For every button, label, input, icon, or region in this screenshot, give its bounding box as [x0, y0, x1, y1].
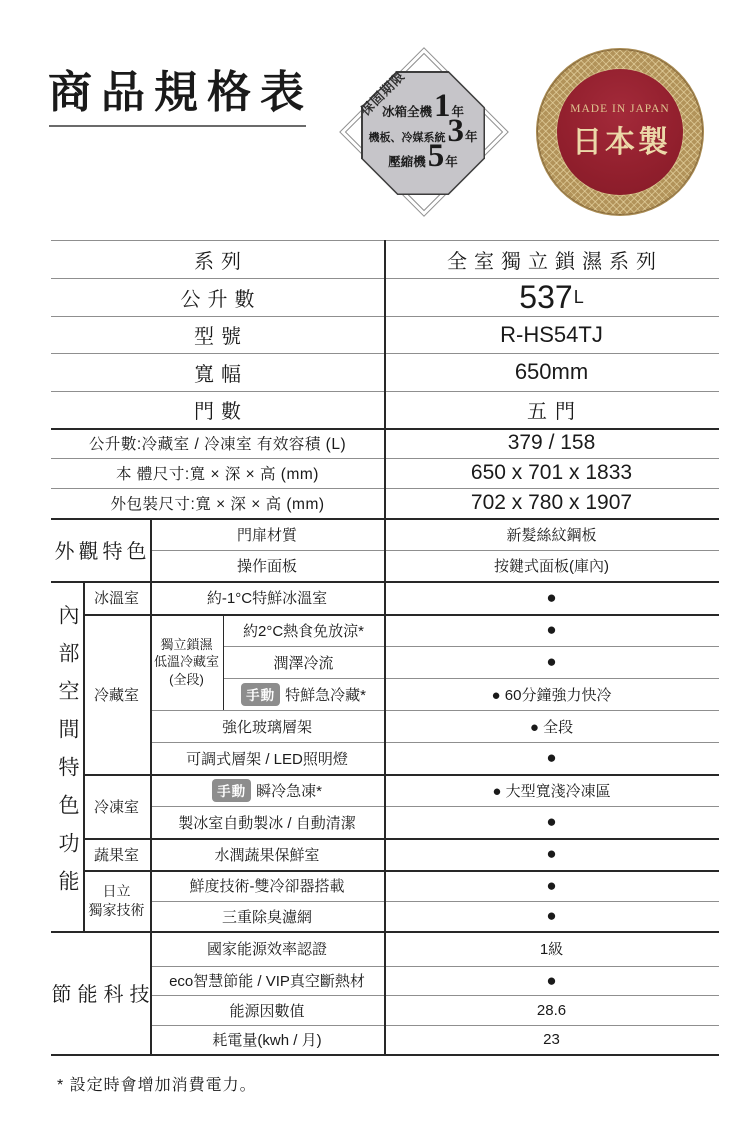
warranty-unit: 年 — [445, 152, 458, 170]
feature-flash-freeze: 手動瞬冷急凍* — [150, 774, 384, 806]
warranty-years: 5 — [428, 146, 445, 166]
section-appearance-label: 外觀特色 — [51, 518, 150, 581]
value-deodorizer: ● — [384, 901, 719, 931]
warranty-label: 壓縮機 — [388, 152, 426, 170]
value-moist-flow: ● — [384, 646, 719, 678]
row-width-value: 650mm — [384, 353, 719, 391]
value-ice-maker: ● — [384, 806, 719, 838]
feature-quick-chill-text: 特鮮急冷藏* — [285, 684, 366, 705]
feature-ice-room: 約-1°C特鮮冰溫室 — [150, 581, 384, 614]
made-in-japan-core: MADE IN JAPAN 日本製 — [557, 69, 683, 195]
room-ice-label: 冰溫室 — [83, 581, 150, 614]
feature-energy-factor: 能源因數值 — [150, 995, 384, 1025]
value-quick-chill: ● 60分鐘強力快冷 — [384, 678, 719, 710]
value-glass-shelf: ● 全段 — [384, 710, 719, 742]
row-capacity-label: 公升數:冷藏室 / 冷凍室 有效容積 (L) — [51, 428, 384, 458]
section-energy-label: 節能科技 — [51, 931, 150, 1054]
manual-badge: 手動 — [212, 779, 251, 802]
feature-energy-cert: 國家能源效率認證 — [150, 931, 384, 966]
fridge-subgroup-label: 獨立鎖濕 低溫冷藏室 (全段) — [150, 614, 223, 710]
feature-ice-maker: 製冰室自動製冰 / 自動清潔 — [150, 806, 384, 838]
section-interior-label: 內部空間特色功能 — [51, 581, 83, 931]
feature-control-panel: 操作面板 — [150, 550, 384, 581]
feature-moist-flow: 潤澤冷流 — [223, 646, 384, 678]
row-series-value: 全室獨立鎖濕系列 — [384, 240, 719, 278]
feature-hot-food: 約2°C熱食免放涼* — [223, 614, 384, 646]
room-veg-label: 蔬果室 — [83, 838, 150, 870]
feature-adjustable-shelf: 可調式層架 / LED照明燈 — [150, 742, 384, 774]
row-model-value: R-HS54TJ — [384, 316, 719, 353]
row-capacity-value: 379 / 158 — [384, 428, 719, 458]
warranty-label: 冰箱全機 — [382, 102, 432, 120]
row-body-dims-label: 本 體尺寸:寬 × 深 × 高 (mm) — [51, 458, 384, 488]
value-energy-factor: 28.6 — [384, 995, 719, 1025]
spec-sheet-page: 商品規格表 冰箱全機1年 機板、冷媒系統3年 壓縮機5年 保固期限 MADE I… — [0, 0, 750, 1125]
value-door-material: 新髮絲紋鋼板 — [384, 518, 719, 550]
value-flash-freeze: ● 大型寬淺冷凍區 — [384, 774, 719, 806]
made-in-japan-text: MADE IN JAPAN — [570, 103, 669, 115]
row-doors-value: 五門 — [384, 391, 719, 428]
row-package-dims-value: 702 x 780 x 1907 — [384, 488, 719, 518]
row-liters-value: 537L — [384, 278, 719, 316]
warranty-row-board-coolant: 機板、冷媒系統3年 — [368, 121, 477, 146]
liters-unit: L — [574, 287, 584, 308]
page-title: 商品規格表 — [48, 56, 313, 120]
value-veg-room: ● — [384, 838, 719, 870]
room-fridge-label: 冷藏室 — [83, 614, 150, 774]
feature-deodorizer: 三重除臭濾網 — [150, 901, 384, 931]
title-underline — [49, 125, 306, 127]
manual-badge: 手動 — [241, 683, 280, 706]
row-width-label: 寬幅 — [51, 353, 384, 391]
liters-number: 537 — [519, 281, 572, 313]
feature-glass-shelf: 強化玻璃層架 — [150, 710, 384, 742]
feature-quick-chill: 手動特鮮急冷藏* — [223, 678, 384, 710]
feature-eco-vip: eco智慧節能 / VIP真空斷熱材 — [150, 966, 384, 995]
feature-door-material: 門扉材質 — [150, 518, 384, 550]
row-body-dims-value: 650 x 701 x 1833 — [384, 458, 719, 488]
row-liters-label: 公升數 — [51, 278, 384, 316]
feature-flash-freeze-text: 瞬冷急凍* — [256, 780, 322, 801]
room-freezer-label: 冷凍室 — [83, 774, 150, 838]
value-dual-cooler: ● — [384, 870, 719, 901]
value-adjustable-shelf: ● — [384, 742, 719, 774]
value-control-panel: 按鍵式面板(庫內) — [384, 550, 719, 581]
row-series-label: 系列 — [51, 240, 384, 278]
value-hot-food: ● — [384, 614, 719, 646]
feature-dual-cooler: 鮮度技術-雙冷卻器搭載 — [150, 870, 384, 901]
footnote: * 設定時會增加消費電力。 — [57, 1072, 257, 1095]
feature-veg-room: 水潤蔬果保鮮室 — [150, 838, 384, 870]
feature-power-consumption: 耗電量(kwh / 月) — [150, 1025, 384, 1054]
warranty-row-compressor: 壓縮機5年 — [388, 146, 458, 171]
warranty-years: 3 — [447, 121, 464, 141]
made-in-japan-badge: MADE IN JAPAN 日本製 — [537, 49, 703, 215]
row-model-label: 型號 — [51, 316, 384, 353]
room-hitachi-label: 日立 獨家技術 — [83, 870, 150, 931]
value-ice-room: ● — [384, 581, 719, 614]
row-package-dims-label: 外包裝尺寸:寬 × 深 × 高 (mm) — [51, 488, 384, 518]
made-in-japan-cjk: 日本製 — [569, 117, 671, 161]
warranty-unit: 年 — [465, 127, 478, 145]
row-doors-label: 門數 — [51, 391, 384, 428]
value-energy-cert: 1級 — [384, 931, 719, 966]
value-eco-vip: ● — [384, 966, 719, 995]
value-power-consumption: 23 — [384, 1025, 719, 1054]
